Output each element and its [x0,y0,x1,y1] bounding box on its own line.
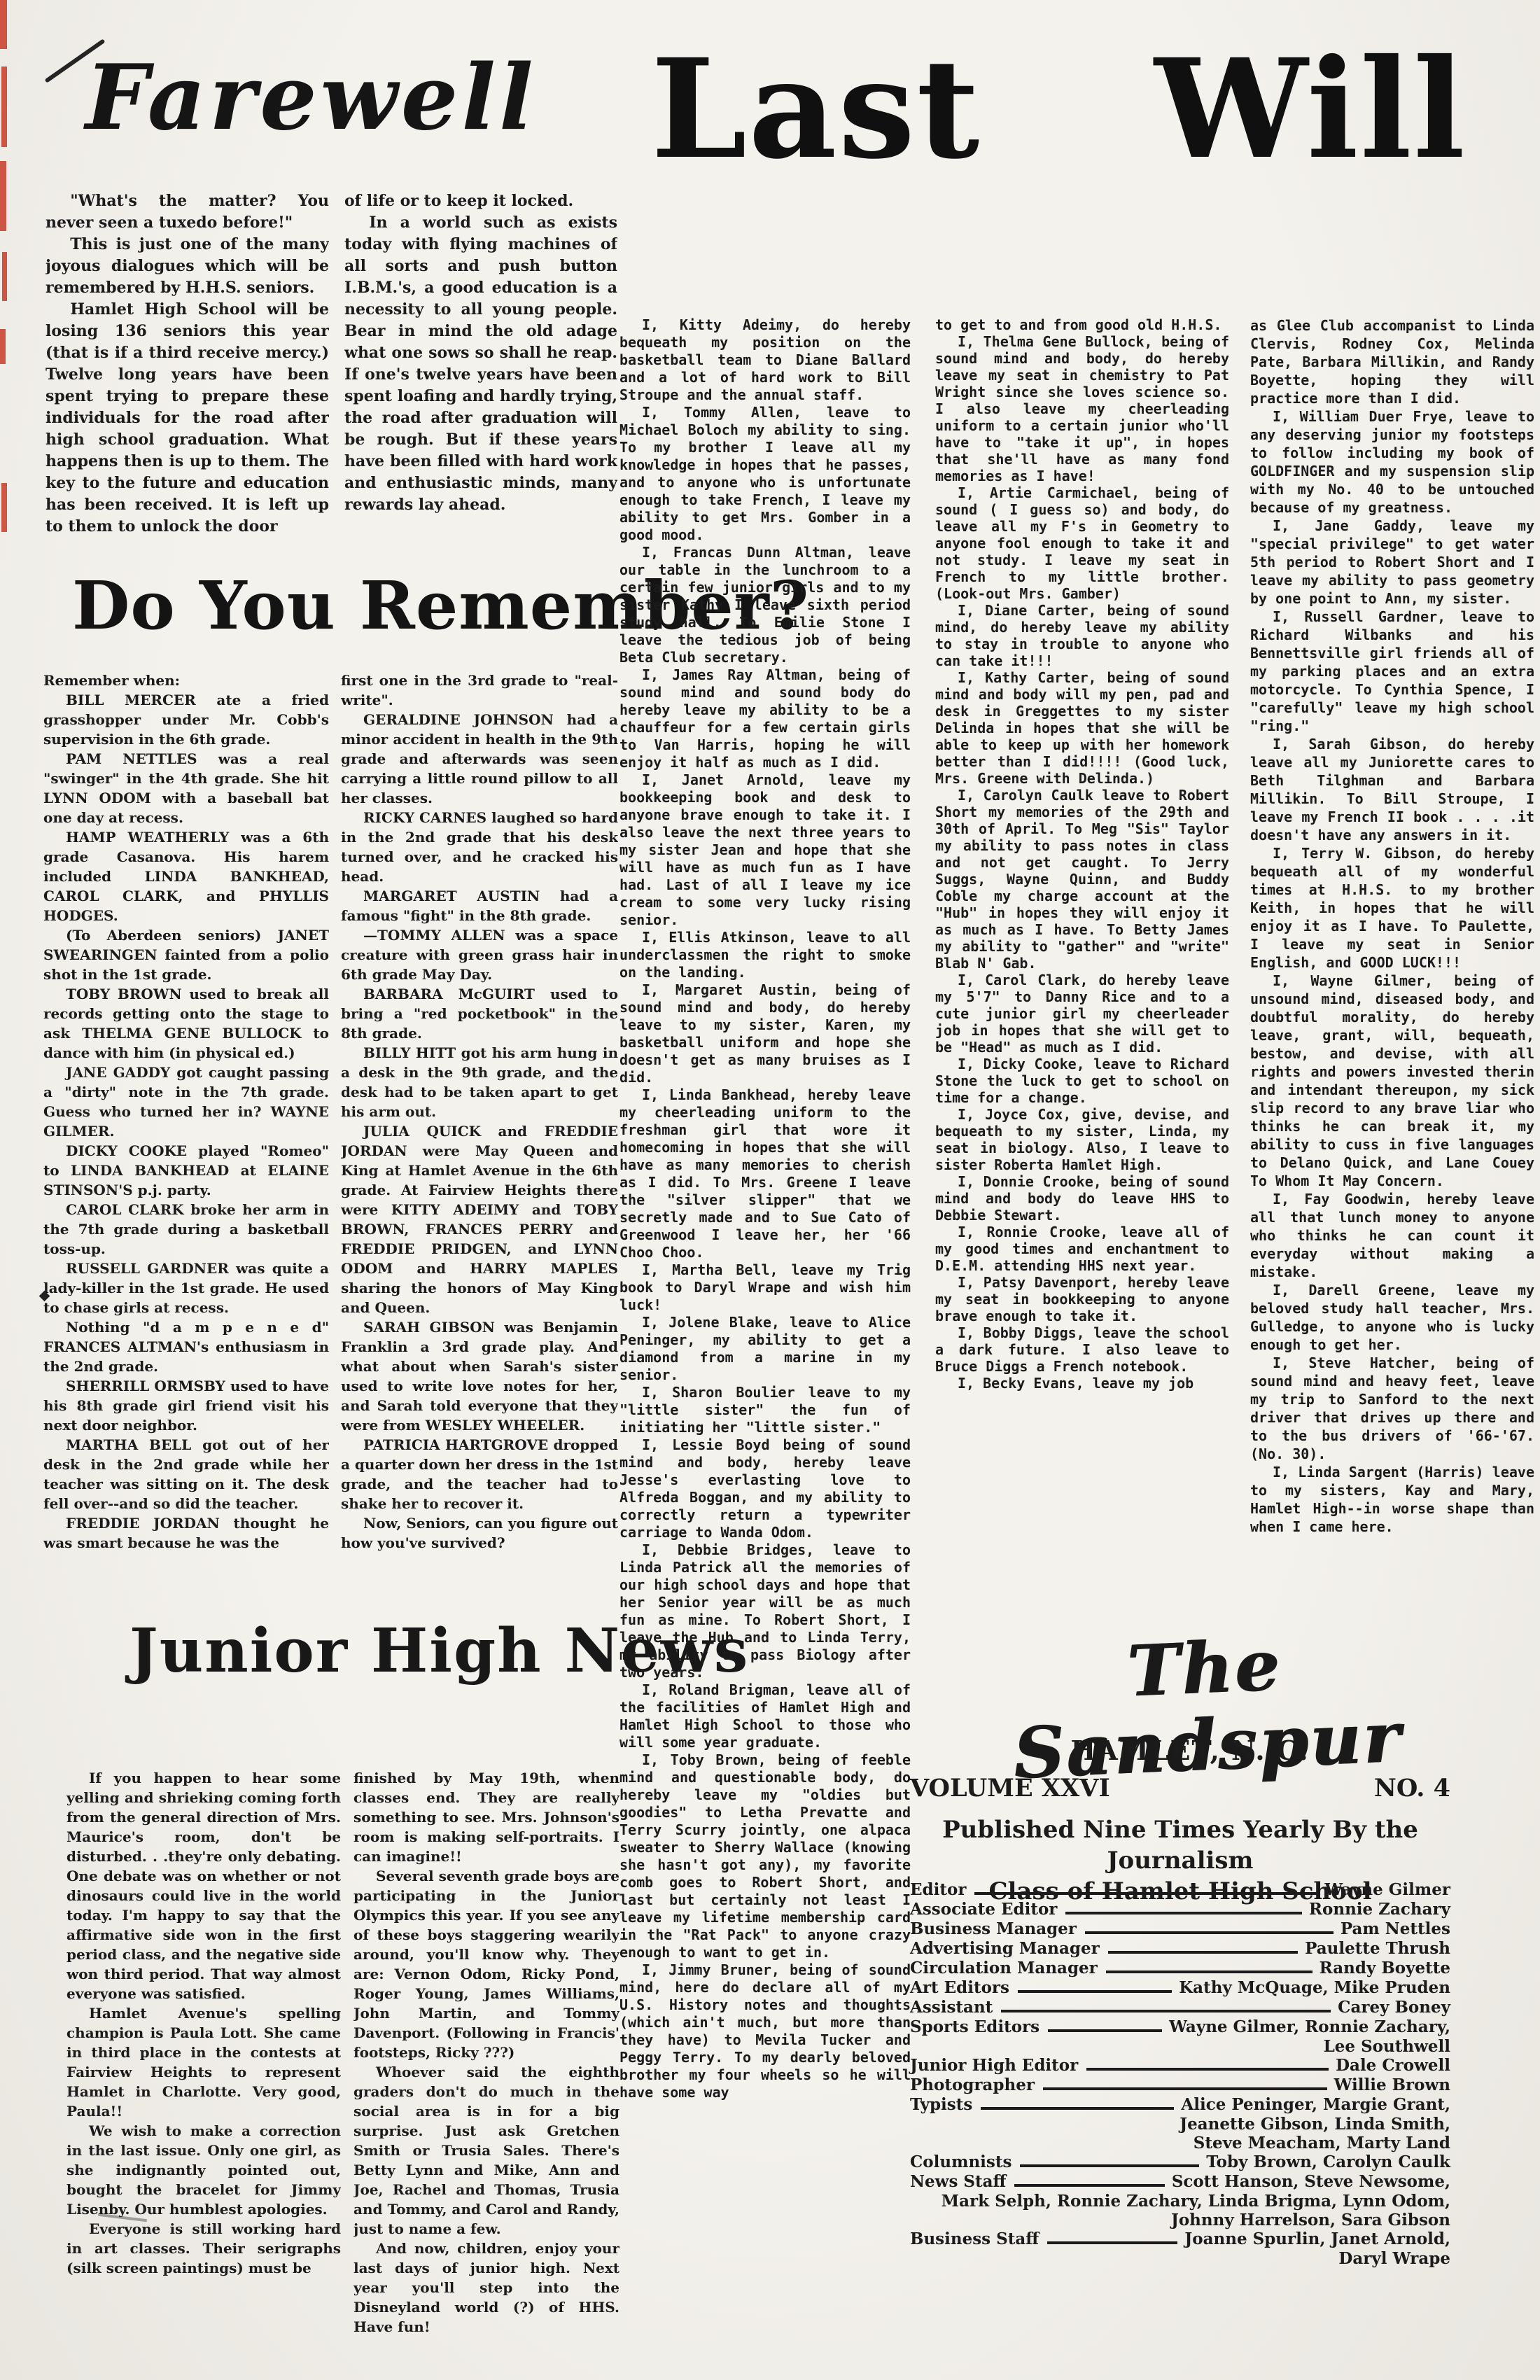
staff-names: Alice Peninger, Margie Grant, [1181,2095,1450,2114]
staff-names: Pam Nettles [1340,1919,1450,1938]
scan-red-mark [2,252,7,301]
leader-line [981,2107,1174,2110]
staff-role: Business Staff [910,2229,1039,2248]
staff-role: Assistant [910,1998,993,2017]
staff-role: Typists [910,2095,972,2114]
paragraph: I, Sharon Boulier leave to my "little si… [619,1384,911,1436]
paragraph: I, Kitty Adeimy, do hereby bequeath my p… [619,316,911,404]
staff-role: News Staff [910,2172,1006,2191]
staff-row: Business StaffJoanne Spurlin, Janet Arno… [910,2229,1450,2249]
paragraph: I, Artie Carmichael, being of sound ( I … [935,484,1229,602]
paragraph: I, Patsy Davenport, hereby leave my seat… [935,1274,1229,1324]
paragraph: PAM NETTLES was a real "swinger" in the … [43,749,329,827]
staff-names: Paulette Thrush [1305,1939,1450,1958]
staff-names-continued: Lee Southwell [910,2037,1450,2056]
paragraph: I, William Duer Frye, leave to any deser… [1250,407,1534,517]
paragraph: RUSSELL GARDNER was quite a lady-killer … [43,1259,329,1317]
farewell-column-2: of life or to keep it locked.In a world … [344,190,617,563]
paragraph: I, Tommy Allen, leave to Michael Boloch … [619,404,911,544]
paragraph: to get to and from good old H.H.S. [935,316,1229,333]
staff-names: Toby Brown, Carolyn Caulk [1206,2152,1450,2171]
paragraph: I, Terry W. Gibson, do hereby bequeath a… [1250,844,1534,972]
masthead-published-line-1: Published Nine Times Yearly By the Journ… [917,1814,1443,1876]
paragraph: I, Jimmy Bruner, being of sound mind, he… [619,1961,911,2101]
paragraph: BARBARA McGUIRT used to bring a "red poc… [341,984,618,1043]
staff-names: Ronnie Zachary [1309,1900,1450,1919]
paragraph: CAROL CLARK broke her arm in the 7th gra… [43,1200,329,1259]
staff-role: Advertising Manager [910,1939,1100,1958]
scan-red-mark [0,161,6,231]
paragraph: I, Margaret Austin, being of sound mind … [619,981,911,1086]
staff-row: Art EditorsKathy McQuage, Mike Pruden [910,1978,1450,1998]
leader-line [1047,2241,1177,2244]
paragraph: I, Jolene Blake, leave to Alice Peninger… [619,1314,911,1384]
paragraph: I, Linda Bankhead, hereby leave my cheer… [619,1086,911,1261]
do-you-remember-column-1: Remember when:BILL MERCER ate a fried gr… [43,671,329,1586]
paragraph: I, Wayne Gilmer, being of unsound mind, … [1250,972,1534,1190]
paragraph: Now, Seniors, can you figure out how you… [341,1513,618,1553]
paragraph: I, Carolyn Caulk leave to Robert Short m… [935,787,1229,972]
staff-names-continued: Mark Selph, Ronnie Zachary, Linda Brigma… [910,2192,1450,2211]
paragraph: I, Darell Greene, leave my beloved study… [1250,1281,1534,1354]
junior-high-column-2: finished by May 19th, when classes end. … [353,1768,619,2341]
staff-row: Junior High EditorDale Crowell [910,2056,1450,2075]
last-will-headline: Last Will [651,41,1466,177]
staff-row: PhotographerWillie Brown [910,2075,1450,2095]
staff-role: Columnists [910,2152,1011,2171]
leader-line [1001,2010,1331,2012]
paragraph: I, Linda Sargent (Harris) leave to my si… [1250,1463,1534,1536]
masthead-volume-row: VOLUME XXVI NO. 4 [910,1774,1450,1802]
staff-names: Willie Brown [1334,2075,1450,2094]
paragraph: JULIA QUICK and FREDDIE JORDAN were May … [341,1121,618,1317]
paragraph: I, Roland Brigman, leave all of the faci… [619,1681,911,1751]
newspaper-page: Farewell Last Will Do You Remember? Juni… [0,0,1540,2380]
leader-line [1086,2068,1329,2071]
paragraph: In a world such as exists today with fly… [344,212,617,516]
paragraph: I, Debbie Bridges, leave to Linda Patric… [619,1541,911,1681]
paragraph: If you happen to hear some yelling and s… [66,1768,341,2003]
paragraph: Nothing "d a m p e n e d" FRANCES ALTMAN… [43,1317,329,1376]
paragraph: I, Diane Carter, being of sound mind, do… [935,602,1229,669]
paragraph: I, Donnie Crooke, being of sound mind an… [935,1173,1229,1224]
paragraph: MARTHA BELL got out of her desk in the 2… [43,1435,329,1513]
paragraph: I, Martha Bell, leave my Trig book to Da… [619,1261,911,1314]
staff-list: EditorWayne GilmerAssociate EditorRonnie… [910,1880,1450,2268]
last-will-column-2: to get to and from good old H.H.S.I, The… [935,316,1229,1589]
paragraph: first one in the 3rd grade to "real-writ… [341,671,618,710]
scan-red-mark [0,0,7,49]
paragraph: I, Janet Arnold, leave my bookkeeping bo… [619,771,911,929]
staff-row: AssistantCarey Boney [910,1998,1450,2017]
staff-names: Wayne Gilmer [1324,1880,1450,1899]
scan-red-mark [1,66,7,147]
paragraph: —TOMMY ALLEN was a space creature with g… [341,925,618,984]
paragraph: I, Fay Goodwin, hereby leave all that lu… [1250,1190,1534,1281]
staff-role: Sports Editors [910,2017,1039,2036]
scan-red-mark [0,329,6,364]
paragraph: SHERRILL ORMSBY used to have his 8th gra… [43,1376,329,1435]
paragraph: finished by May 19th, when classes end. … [353,1768,619,1866]
paragraph: I, Thelma Gene Bullock, being of sound m… [935,333,1229,484]
paragraph: HAMP WEATHERLY was a 6th grade Casanova.… [43,827,329,925]
staff-names: Kathy McQuage, Mike Pruden [1179,1978,1450,1997]
paragraph: TOBY BROWN used to break all records get… [43,984,329,1063]
paragraph: I, Kathy Carter, being of sound mind and… [935,669,1229,787]
paragraph: We wish to make a correction in the last… [66,2121,341,2219]
farewell-headline: Farewell [85,49,537,148]
paragraph: I, Steve Hatcher, being of sound mind an… [1250,1354,1534,1463]
staff-names: Scott Hanson, Steve Newsome, [1172,2172,1450,2191]
paragraph: as Glee Club accompanist to Linda Clervi… [1250,316,1534,407]
leader-line [1043,2087,1327,2090]
paragraph: Everyone is still working hard in art cl… [66,2219,341,2278]
last-will-column-1: I, Kitty Adeimy, do hereby bequeath my p… [619,316,911,2346]
staff-names: Carey Boney [1338,1998,1450,2017]
paragraph: I, Dicky Cooke, leave to Richard Stone t… [935,1056,1229,1106]
staff-row: Circulation ManagerRandy Boyette [910,1959,1450,1978]
paragraph: I, James Ray Altman, being of sound mind… [619,666,911,771]
staff-names-continued: Johnny Harrelson, Sara Gibson [910,2211,1450,2229]
staff-row: Business ManagerPam Nettles [910,1919,1450,1939]
leader-line [1108,1951,1298,1954]
staff-row: EditorWayne Gilmer [910,1880,1450,1900]
paragraph: I, Joyce Cox, give, devise, and bequeath… [935,1106,1229,1173]
paragraph: BILL MERCER ate a fried grasshopper unde… [43,690,329,749]
staff-names-continued: Steve Meacham, Marty Land [910,2134,1450,2152]
paragraph: This is just one of the many joyous dial… [45,234,329,299]
staff-role: Junior High Editor [910,2056,1078,2075]
paragraph: Remember when: [43,671,329,690]
paragraph: I, Francas Dunn Altman, leave our table … [619,544,911,666]
staff-row: Associate EditorRonnie Zachary [910,1900,1450,1919]
staff-names: Dale Crowell [1336,2056,1450,2075]
staff-role: Associate Editor [910,1900,1057,1919]
paragraph: "What's the matter? You never seen a tux… [45,190,329,234]
leader-line [974,1892,1317,1895]
paragraph: JANE GADDY got caught passing a "dirty" … [43,1063,329,1141]
staff-row: TypistsAlice Peninger, Margie Grant, [910,2095,1450,2115]
last-will-headline-word1: Last [651,41,981,177]
staff-row: ColumnistsToby Brown, Carolyn Caulk [910,2152,1450,2172]
staff-role: Photographer [910,2075,1035,2094]
paragraph: RICKY CARNES laughed so hard in the 2nd … [341,808,618,886]
paragraph: MARGARET AUSTIN had a famous "fight" in … [341,886,618,925]
paragraph: Hamlet Avenue's spelling champion is Pau… [66,2003,341,2121]
staff-names: Randy Boyette [1319,1959,1450,1977]
paragraph: BILLY HITT got his arm hung in a desk in… [341,1043,618,1121]
leader-line [1065,1912,1301,1914]
junior-high-column-1: If you happen to hear some yelling and s… [66,1768,341,2341]
masthead-title: The Sandspur [953,1619,1459,1795]
staff-role: Art Editors [910,1978,1009,1997]
paragraph: I, Bobby Diggs, leave the school a dark … [935,1324,1229,1375]
staff-row: Advertising ManagerPaulette Thrush [910,1939,1450,1959]
paragraph: I, Toby Brown, being of feeble mind and … [619,1751,911,1961]
paragraph: I, Lessie Boyd being of sound mind and b… [619,1436,911,1541]
leader-line [1014,2184,1164,2187]
leader-line [1085,1931,1333,1934]
scan-red-mark [1,483,7,532]
staff-names: Wayne Gilmer, Ronnie Zachary, [1169,2017,1450,2036]
paragraph: GERALDINE JOHNSON had a minor accident i… [341,710,618,808]
paragraph: I, Sarah Gibson, do hereby leave all my … [1250,735,1534,844]
paragraph: I, Ellis Atkinson, leave to all undercla… [619,929,911,981]
paragraph: Whoever said the eighth graders don't do… [353,2062,619,2239]
staff-row: Sports EditorsWayne Gilmer, Ronnie Zacha… [910,2017,1450,2037]
leader-line [1048,2029,1162,2032]
last-will-headline-word2: Will [1154,41,1466,177]
paragraph: I, Ronnie Crooke, leave all of my good t… [935,1224,1229,1274]
masthead-issue-number: NO. 4 [1374,1774,1450,1802]
staff-role: Editor [910,1880,966,1899]
staff-role: Business Manager [910,1919,1077,1938]
staff-row: News StaffScott Hanson, Steve Newsome, [910,2172,1450,2192]
paragraph: Hamlet High School will be losing 136 se… [45,299,329,538]
farewell-column-1: "What's the matter? You never seen a tux… [45,190,329,563]
leader-line [1106,1970,1312,1973]
staff-names-continued: Daryl Wrape [910,2249,1450,2268]
paragraph: I, Jane Gaddy, leave my "special privile… [1250,517,1534,608]
paragraph: I, Carol Clark, do hereby leave my 5'7" … [935,972,1229,1056]
masthead-volume: VOLUME XXVI [910,1774,1110,1802]
paragraph: PATRICIA HARTGROVE dropped a quarter dow… [341,1435,618,1513]
masthead-city: HAMLET, N. C. [931,1735,1449,1766]
paragraph: I, Becky Evans, leave my job [935,1375,1229,1392]
staff-role: Circulation Manager [910,1959,1098,1977]
paragraph: of life or to keep it locked. [344,190,617,212]
paragraph: SARAH GIBSON was Benjamin Franklin a 3rd… [341,1317,618,1435]
leader-line [1020,2164,1199,2167]
paragraph: I, Russell Gardner, leave to Richard Wil… [1250,608,1534,735]
paragraph: Several seventh grade boys are participa… [353,1866,619,2062]
paragraph: And now, children, enjoy your last days … [353,2239,619,2337]
paragraph: FREDDIE JORDAN thought he was smart beca… [43,1513,329,1553]
last-will-column-3: as Glee Club accompanist to Linda Clervi… [1250,316,1534,1617]
staff-names: Joanne Spurlin, Janet Arnold, [1184,2229,1450,2248]
paragraph: DICKY COOKE played "Romeo" to LINDA BANK… [43,1141,329,1200]
do-you-remember-column-2: first one in the 3rd grade to "real-writ… [341,671,618,1586]
paragraph: (To Aberdeen seniors) JANET SWEARINGEN f… [43,925,329,984]
leader-line [1018,1990,1172,1993]
staff-names-continued: Jeanette Gibson, Linda Smith, [910,2115,1450,2134]
